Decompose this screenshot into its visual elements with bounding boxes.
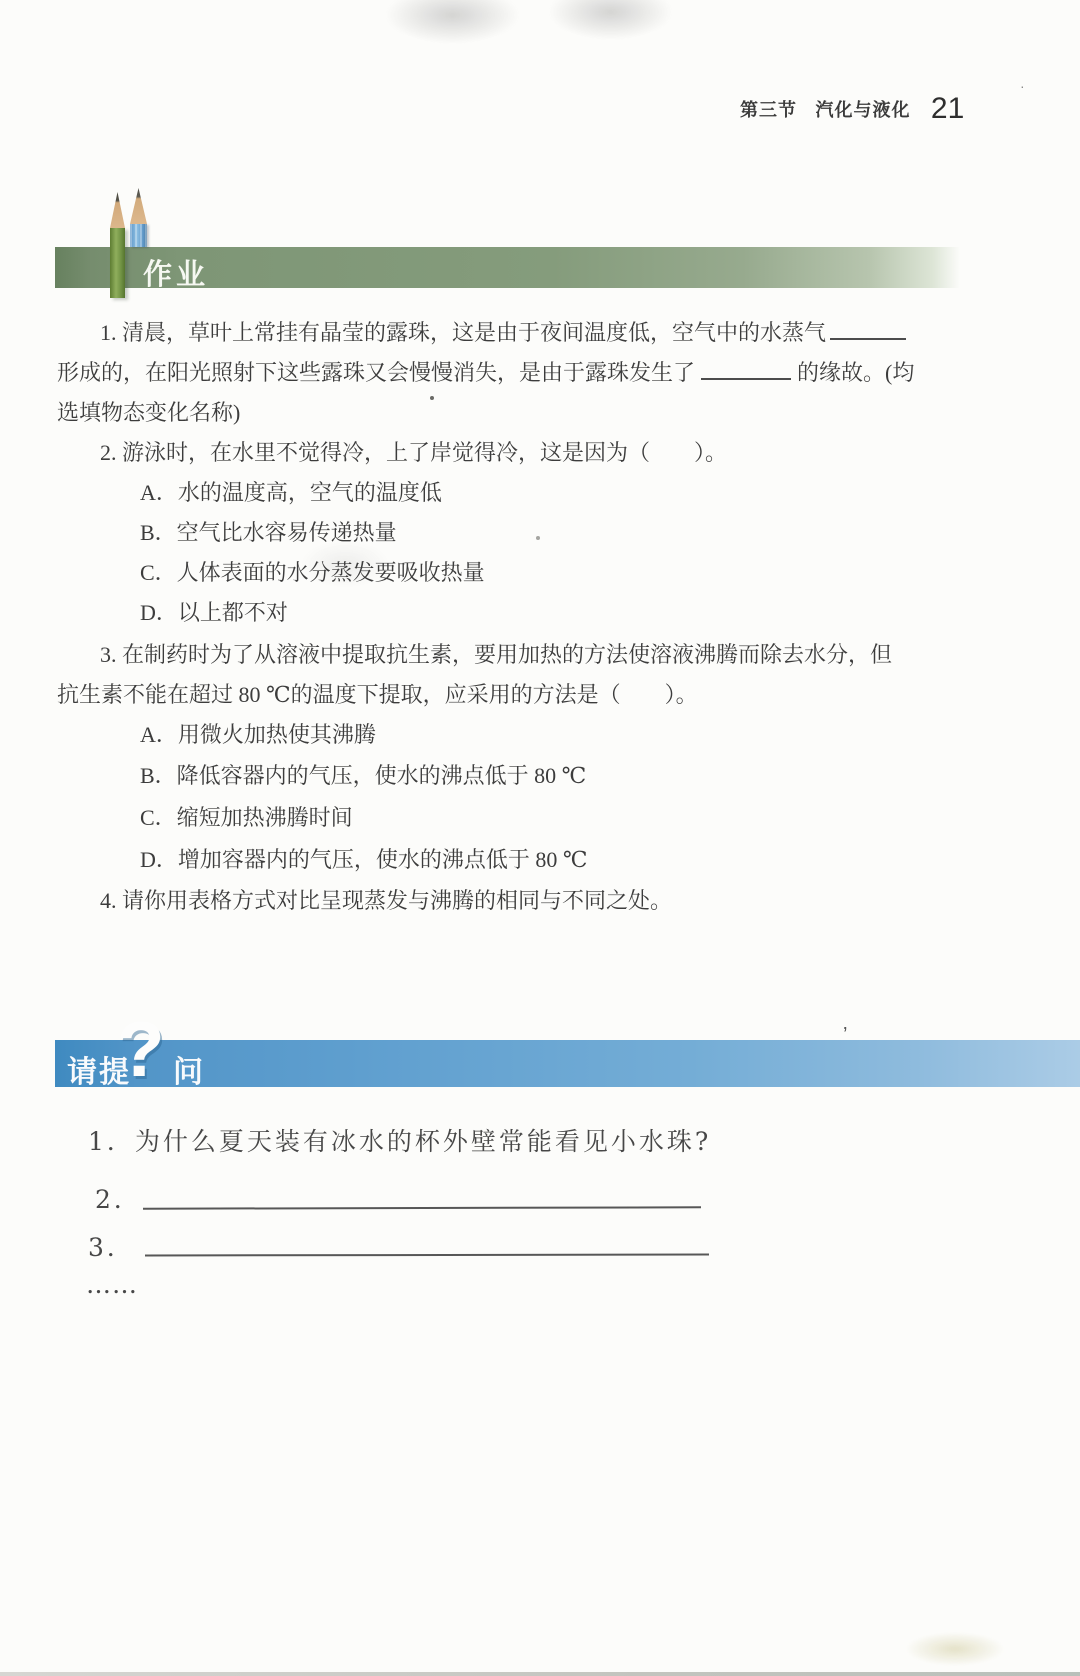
q4-stem: 4. 请你用表格方式对比呈现蒸发与沸腾的相同与不同之处。 (100, 888, 672, 914)
pencil-body (130, 224, 147, 247)
q1-line2: 形成的，在阳光照射下这些露珠又会慢慢消失，是由于露珠发生了的缘故。(均 (57, 360, 914, 386)
scan-smudge (905, 1632, 1005, 1666)
pencil-tip (130, 188, 147, 224)
scan-smudge (385, 0, 520, 44)
q3-line1: 3. 在制药时为了从溶液中提取抗生素，要用加热的方法使溶液沸腾而除去水分，但 (100, 642, 892, 668)
q2-option-a: A．水的温度高，空气的温度低 (140, 480, 442, 506)
q2-stem: 2. 游泳时，在水里不觉得冷，上了岸觉得冷，这是因为（ ）。 (100, 440, 727, 466)
scan-dot (536, 536, 540, 540)
q2-option-c: C．人体表面的水分蒸发要吸收热量 (140, 560, 485, 586)
scan-dot (430, 396, 434, 400)
header-section-label: 第三节 (740, 100, 797, 120)
ask-item-1: 1．为什么夏天装有冰水的杯外壁常能看见小水珠? (88, 1122, 711, 1158)
pencil-tip (110, 192, 125, 228)
q2-option-d: D．以上都不对 (140, 600, 288, 626)
q3-line2: 抗生素不能在超过 80 ℃的温度下提取，应采用的方法是（ ）。 (57, 682, 698, 708)
q1-line2-pre: 形成的，在阳光照射下这些露珠又会慢慢消失，是由于露珠发生了 (57, 360, 695, 385)
q1-line1: 1. 清晨，草叶上常挂有晶莹的露珠，这是由于夜间温度低，空气中的水蒸气 (100, 320, 906, 346)
ellipsis-mark: …… (86, 1270, 138, 1299)
q2-option-b: B．空气比水容易传递热量 (140, 520, 397, 546)
homework-banner-label: 作业 (143, 252, 209, 293)
green-pencil-icon (110, 192, 125, 298)
fill-in-blank (830, 322, 906, 340)
q1-line2-post: 的缘故。(均 (797, 360, 914, 385)
header-chapter-title: 汽化与液化 (815, 100, 910, 120)
q1-line1-text: 1. 清晨，草叶上常挂有晶莹的露珠，这是由于夜间温度低，空气中的水蒸气 (100, 320, 826, 345)
q3-option-b: B．降低容器内的气压，使水的沸点低于 80 ℃ (140, 763, 586, 789)
q3-option-d: D．增加容器内的气压，使水的沸点低于 80 ℃ (140, 847, 588, 873)
page-header: 第三节 汽化与液化 21 (740, 90, 1040, 124)
q3-option-c: C．缩短加热沸腾时间 (140, 805, 353, 831)
textbook-page: ’ · 第三节 汽化与液化 21 作业 1. 清晨，草叶上常挂有晶莹的露珠，这是… (0, 0, 1080, 1676)
ask-banner-label-right: 问 (173, 1047, 205, 1091)
page-number: 21 (931, 92, 964, 125)
ask-item-2-label: 2． (95, 1180, 142, 1216)
q1-line3: 选填物态变化名称) (57, 400, 240, 426)
pencil-body (110, 228, 125, 298)
homework-banner: 作业 (55, 247, 960, 288)
page-bottom-edge (0, 1672, 1080, 1676)
question-mark-icon: ? (117, 1004, 165, 1095)
blue-pencil-icon (130, 188, 147, 247)
fill-in-blank (701, 362, 791, 380)
blank-answer-line (145, 1254, 709, 1257)
ask-item-3-label: 3． (88, 1228, 135, 1264)
q3-option-a: A．用微火加热使其沸腾 (140, 722, 376, 748)
blank-answer-line (143, 1206, 701, 1209)
ask-question-banner: 请提 问 (55, 1040, 1080, 1087)
scan-smudge (548, 0, 673, 40)
